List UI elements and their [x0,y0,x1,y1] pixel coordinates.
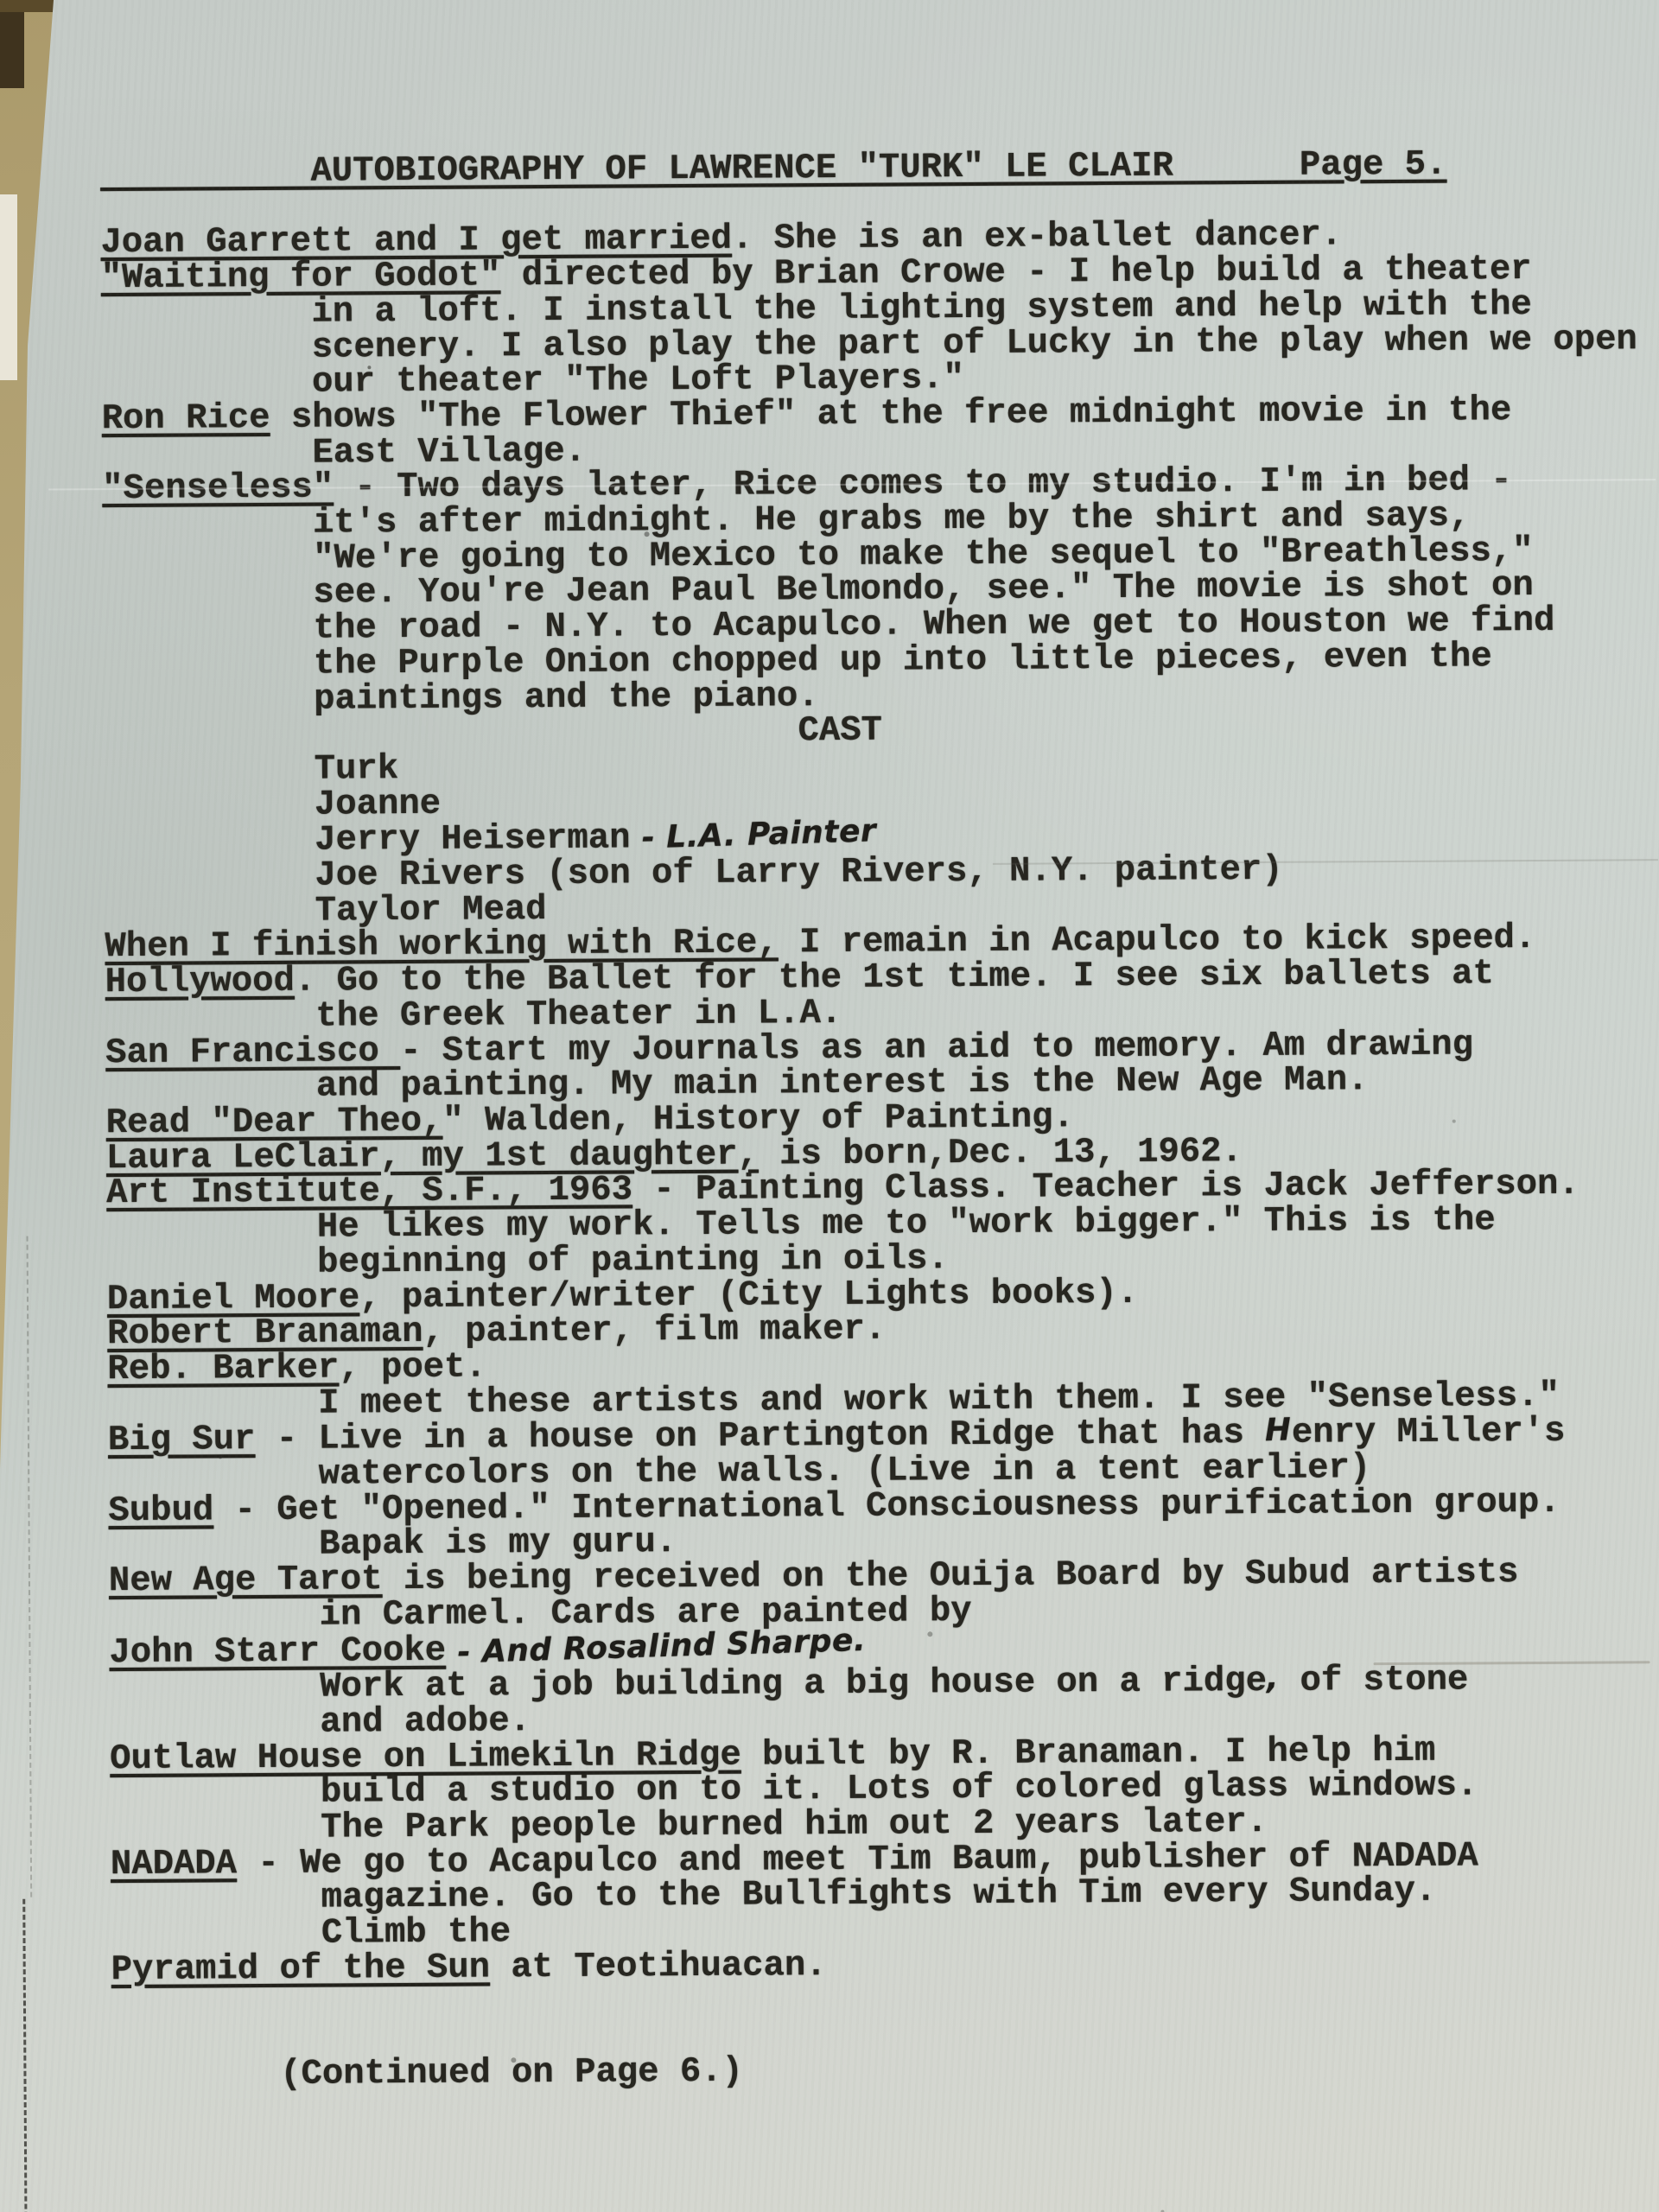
text-line-54: (Continued on Page 6.) [111,2049,1659,2094]
typed-text: shows "The Flower Thief" at the free mid… [270,391,1511,438]
photographed-typewritten-page: { "meta": { "title": "AUTOBIOGRAPHY OF L… [0,0,1659,2212]
typed-text: at Teotihuacan. [490,1946,827,1987]
typewritten-text: AUTOBIOGRAPHY OF LAWRENCE "TURK" LE CLAI… [100,146,1659,2094]
paper-sheet: AUTOBIOGRAPHY OF LAWRENCE "TURK" LE CLAI… [0,0,1659,2212]
text-line-0: AUTOBIOGRAPHY OF LAWRENCE "TURK" LE CLAI… [100,146,1659,191]
typed-text: . Go to the Ballet for the 1st time. I s… [295,954,1494,1001]
photo-rotation-layer: AUTOBIOGRAPHY OF LAWRENCE "TURK" LE CLAI… [0,0,1659,2212]
text-line-14: the Purple Onion chopped up into little … [103,639,1659,683]
typed-text: CAST [104,711,882,756]
underlined-text: Subud [108,1491,213,1531]
typed-text: , painter, film maker. [423,1310,886,1352]
text-line-43: Work at a job building a big house on a … [110,1661,1659,1707]
table-edge-shadow [0,0,60,12]
paper-specks [367,365,371,369]
text-line-49: magazine. Go to the Bullfights with Tim … [111,1872,1659,1917]
typed-text: magazine. Go to the Bullfights with Tim … [111,1872,1436,1919]
text-line-7: Ron Rice shows "The Flower Thief" at the… [102,392,1659,437]
typed-text: (Continued on Page 6.) [111,2052,743,2095]
handwritten-annotation: - L.A. Painter [630,815,877,857]
photocopy-edge-specks [27,1236,33,1897]
text-line-23: Hollywood. Go to the Ballet for the 1st … [105,956,1659,1001]
underlined-text: AUTOBIOGRAPHY OF LAWRENCE "TURK" LE CLAI… [100,145,1447,194]
typed-text: Joe Rivers (son of Larry Rivers, N.Y. pa… [105,850,1283,897]
handwritten-annotation: , [1266,1662,1279,1697]
table-corner-shadow [0,0,24,88]
text-line-38: Subud - Get "Opened." International Cons… [108,1484,1659,1529]
handwritten-annotation: H [1265,1414,1293,1450]
typed-text: - Get "Opened." International Consciousn… [213,1483,1560,1531]
typed-text: of stone [1279,1661,1468,1701]
typed-text: Work at a job building a big house on a … [110,1662,1268,1708]
backing-paper-sliver [0,194,17,380]
underlined-text: Pyramid of the Sun [111,1948,491,1990]
typed-text: enry Miller's [1292,1412,1566,1453]
photocopy-edge-dashes [22,1899,27,2212]
